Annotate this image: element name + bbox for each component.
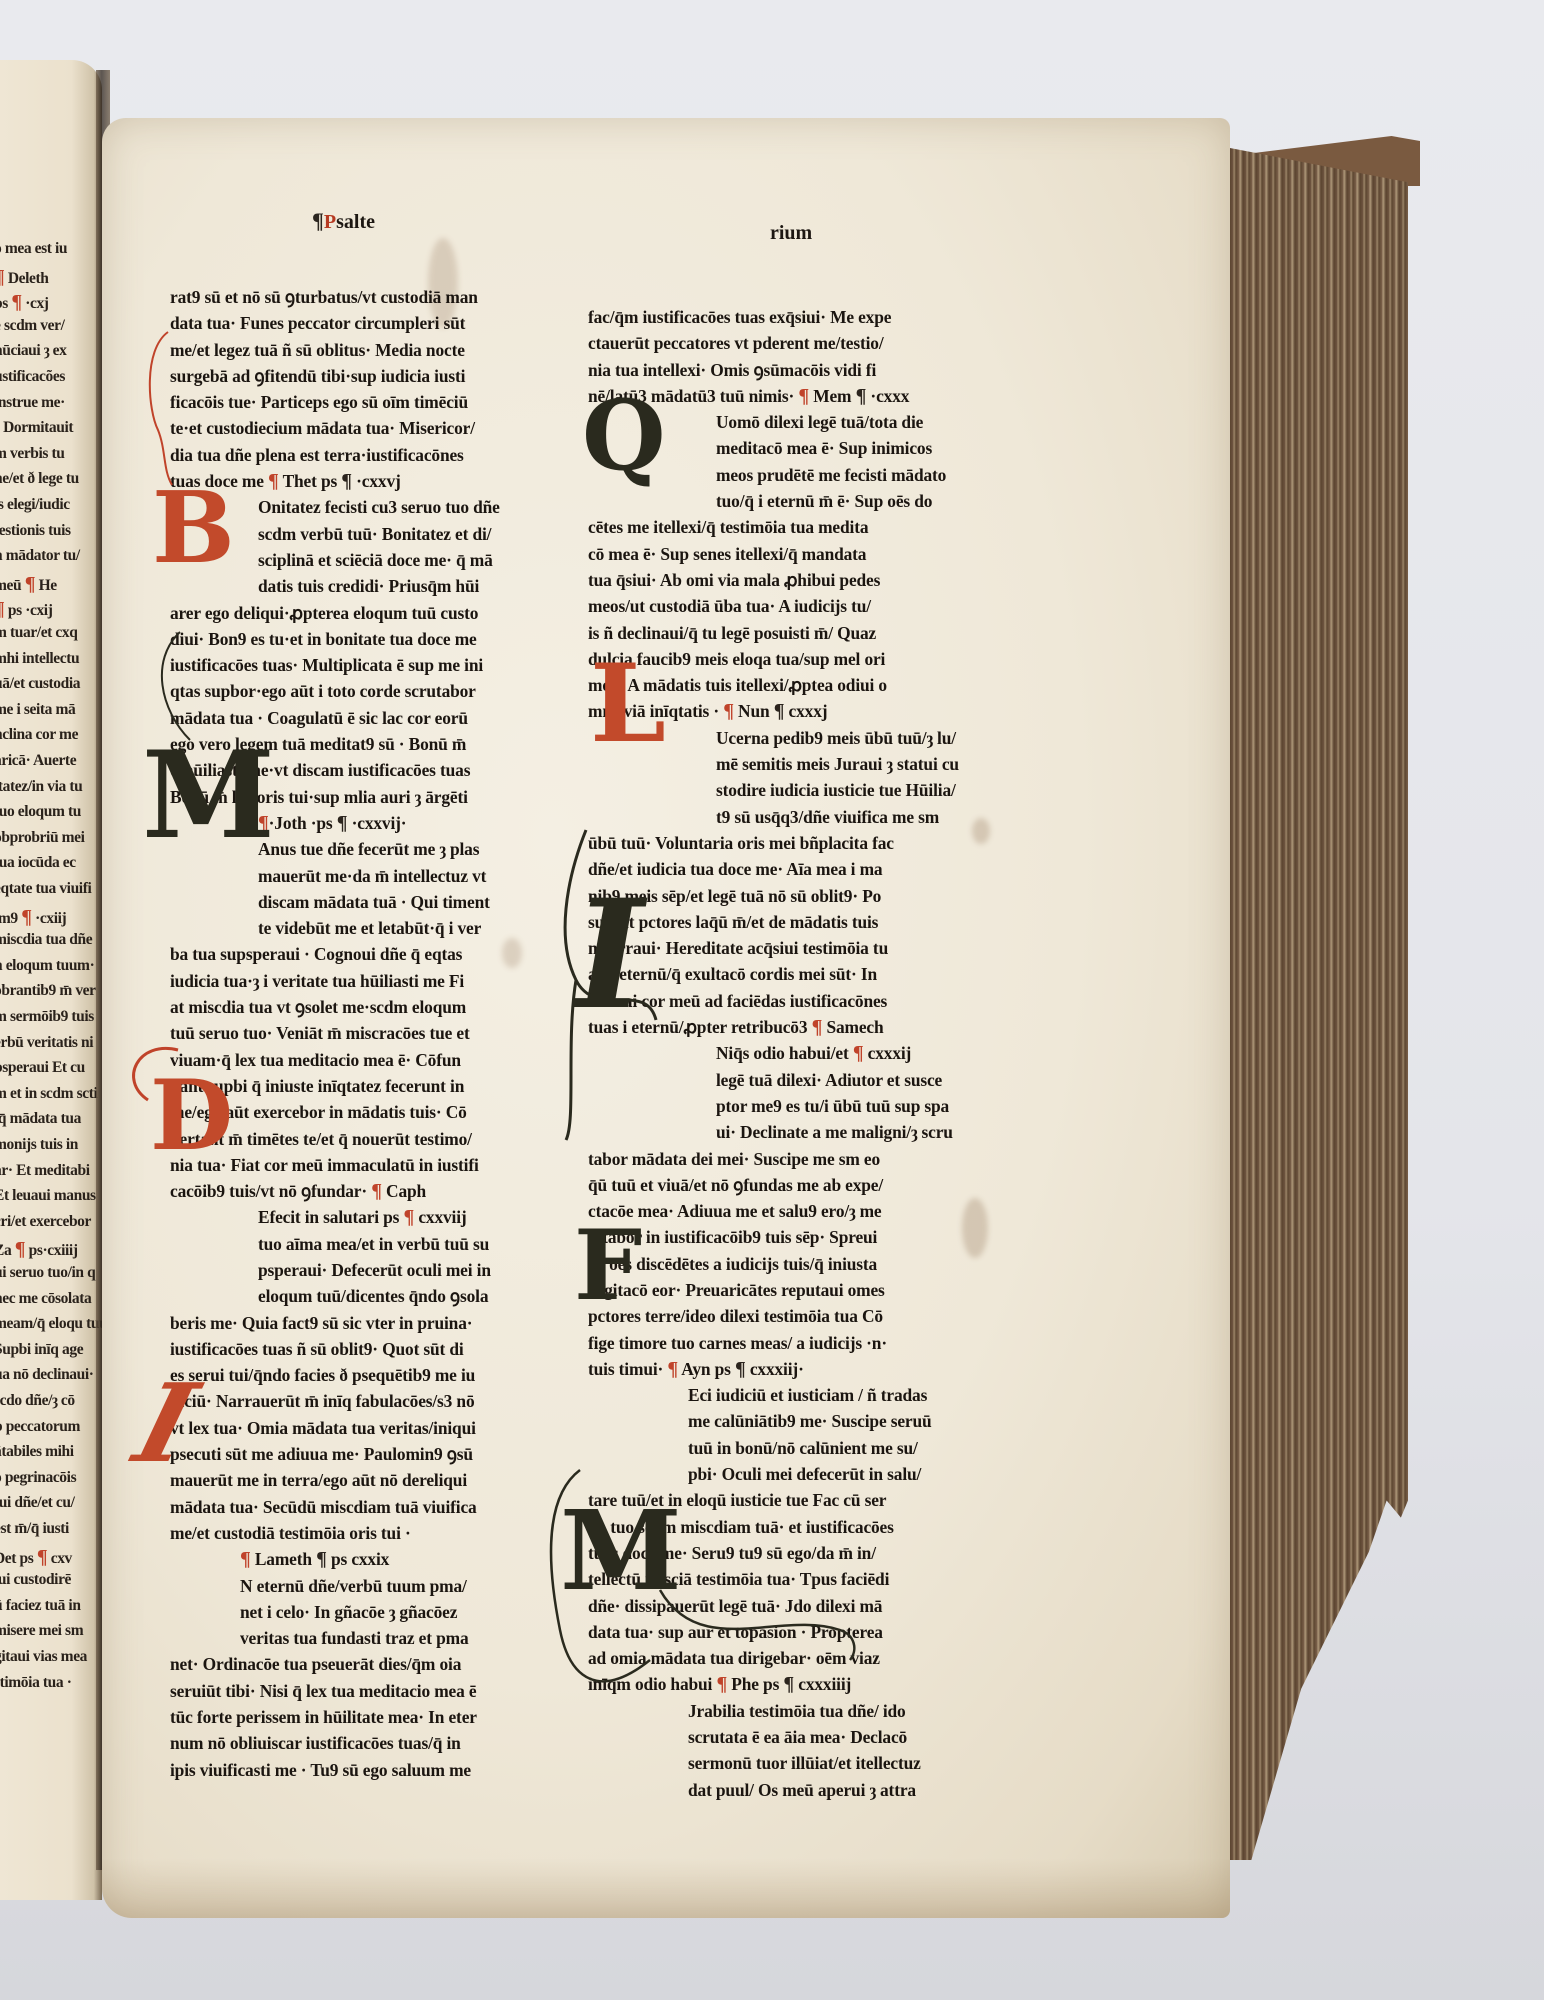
text-line: at miscdia tua vt ꝯsolet me·scdm eloqum [170, 994, 510, 1020]
left-page-text-line: o mea est iu [0, 240, 102, 258]
left-page-text-line: ¶ Deleth [0, 266, 102, 289]
left-page-text-line: instrue me· [0, 394, 102, 412]
running-head-right: rium [770, 222, 812, 245]
text-line: tua q̄siui· Ab omi via mala ꝓhibui pedes [588, 567, 988, 593]
paraph-icon: ¶ [11, 291, 21, 313]
text-line: scrutata ē ea āia mea· Declacō [588, 1724, 988, 1750]
text-line: mauerūt me·da m̄ intellectuz vt [170, 863, 510, 889]
text-line: diciū· Narrauerūt m̄ inīq fabulacōes/s3 … [170, 1388, 510, 1414]
text-line: stodire iudicia iusticie tue Hūilia/ [588, 777, 988, 803]
left-page-text-line: est m̄/q̄ iusti [0, 1520, 102, 1538]
text-line: fige timore tuo carnes meas/ a iudicijs … [588, 1330, 988, 1356]
text-line: cogitacō eor· Preuaricātes reputaui omes [588, 1277, 988, 1303]
text-line: arer ego deliqui·ꝓpterea eloqum tuū cust… [170, 600, 510, 626]
text-line: diui· Bon9 es tu·et in bonitate tua doce… [170, 626, 510, 652]
text-line: pctores terre/ideo dilexi testimōia tua … [588, 1303, 988, 1329]
text-line: net· Ordinacōe tua pseuerāt dies/q̄m oia [170, 1651, 510, 1677]
left-page-text-line: mhi intellectu [0, 650, 102, 668]
paraph-icon: ¶ [774, 700, 785, 722]
text-line: te videbūt me et letabūt·q̄ i ver [170, 915, 510, 941]
text-line: dat puul/ Os meū aperui ȝ attra [588, 1777, 988, 1803]
text-line: tuo aīma mea/et in verbū tuū su [170, 1231, 510, 1257]
paraph-icon: ¶ [853, 1042, 864, 1064]
paraph-icon: ¶ [371, 1180, 382, 1202]
text-line: surgebā ad ꝯfitendū tibi·sup iudicia ius… [170, 363, 510, 389]
left-page-text-line: tuo eloqum tu [0, 803, 102, 821]
text-line: data tua· Funes peccator circumpleri sūt [170, 310, 510, 336]
text-line: tūc forte perissem in hūilitate mea· In … [170, 1704, 510, 1730]
running-head-right-text: rium [770, 222, 812, 244]
text-line: psperaui· Defecerūt oculi mei in [170, 1257, 510, 1283]
text-line: iudicia tua·ȝ i veritate tua hūiliasti m… [170, 968, 510, 994]
left-page-text-line: monijs tuis in [0, 1136, 102, 1154]
text-line: Jrabilia testimōia tua dñe/ ido [588, 1698, 988, 1724]
left-page-text-line: is elegi/iudic [0, 496, 102, 514]
paraph-icon: ¶ [667, 1358, 678, 1380]
text-line: ¶ Lameth ¶ ps cxxix [170, 1546, 510, 1572]
text-line: dia tua dñe plena est terra·iustificacōn… [170, 442, 510, 468]
text-line: veritas tua fundasti traz et pma [170, 1625, 510, 1651]
left-page-text-line: ua nō declinaui· [0, 1366, 102, 1384]
paraph-icon: ¶ [316, 1548, 327, 1570]
left-page-text-line: n eloqum tuum· [0, 957, 102, 975]
left-page-text-line: testionis tuis [0, 522, 102, 540]
paraph-icon: ¶ [15, 1238, 25, 1260]
text-line: num nō obliuiscar iustificacōes tuas/q̄ … [170, 1730, 510, 1756]
paraph-icon: ¶ [0, 598, 4, 620]
left-page-text-line: /q̄ mādata tua [0, 1110, 102, 1128]
text-line: seruiūt tibi· Nisi q̄ lex tua meditacio … [170, 1678, 510, 1704]
left-page-text-line: n mādator tu/ [0, 547, 102, 565]
text-line: ipis viuificasti me · Tu9 sū ego saluum … [170, 1757, 510, 1783]
initial-F-dark: F [574, 1218, 642, 1314]
paraph-icon: ¶ [337, 812, 348, 834]
text-line: tuo/q̄ i eternū m̄ ē· Sup oēs do [588, 488, 988, 514]
left-page-text-line: s Dormitauit [0, 419, 102, 437]
text-line: mādata tua· Secūdū miscdiam tuā viuifica [170, 1494, 510, 1520]
text-line: me/et custodiā testimōia oris tui · [170, 1520, 510, 1546]
left-page-text-line: meam/q̄ eloqu tuu [0, 1315, 102, 1333]
initial-Q-dark: Q [582, 388, 666, 484]
left-page-text-line: me i seita mā [0, 701, 102, 719]
left-page-text-line: Za ¶ ps·cxiiij [0, 1238, 102, 1261]
left-page-text-line: ne/et ð lege tu [0, 470, 102, 488]
left-page-text-line: ar· Et meditabi [0, 1162, 102, 1180]
left-page-text-line: cri/et exercebor [0, 1213, 102, 1231]
paraph-icon: ¶ [37, 1546, 47, 1568]
text-line: ditabor in iustificacōib9 tuis sēp· Spre… [588, 1224, 988, 1250]
left-page-text-line: lm9 ¶ ·cxiij [0, 906, 102, 929]
text-line: cētes me itellexi/q̄ testimōia tua medit… [588, 514, 988, 540]
left-page-text-line: nclina cor me [0, 726, 102, 744]
left-page-text-line: m et in scdm scti [0, 1085, 102, 1103]
text-line: Efecit in salutari ps ¶ cxxviij [170, 1204, 510, 1230]
paraph-icon: ¶ [404, 1206, 415, 1228]
paraph-icon: ¶ [312, 208, 324, 233]
text-line: te·et custodiecium mādata tua· Misericor… [170, 415, 510, 441]
left-page-text-line: Supbi inīq age [0, 1341, 102, 1359]
left-page-text-line: nūciaui ȝ ex [0, 342, 102, 360]
initial-flourish [138, 330, 178, 490]
text-line: ctauerūt peccatores vt pderent me/testio… [588, 330, 988, 356]
text-line: meos/ut custodiā ūba tua· A iudicijs tu/ [588, 593, 988, 619]
text-line: qtas supbor·ego aūt i toto corde scrutab… [170, 678, 510, 704]
left-page-text-line: ātabiles mihi [0, 1443, 102, 1461]
paraph-icon: ¶ [25, 573, 35, 595]
text-line: cacōib9 tuis/vt nō ꝯfundar· ¶ Caph [170, 1178, 510, 1204]
text-line: sermonū tuor illūiat/et itellectuz [588, 1750, 988, 1776]
left-page-text-line: obrantib9 m̄ ver [0, 982, 102, 1000]
running-head-left-text: salte [336, 211, 375, 233]
left-page-text-line: hec me cōsolata [0, 1290, 102, 1308]
left-page-text-line: m tuar/et cxq [0, 624, 102, 642]
left-page-text-line: p peccatorum [0, 1418, 102, 1436]
text-line: ba tua supsperaui · Cognoui dñe q̄ eqtas [170, 941, 510, 967]
left-page-text-line: psperaui Et cu [0, 1059, 102, 1077]
paraph-icon: ¶ [723, 700, 734, 722]
text-line: cō mea ē· Sup senes itellexi/q̄ mandata [588, 541, 988, 567]
left-page-text-line: Et leuaui manus [0, 1187, 102, 1205]
left-page-text-line: o pegrinacōis [0, 1469, 102, 1487]
text-line: ctacōe mea· Adiuua me et salu9 ero/ȝ me [588, 1198, 988, 1224]
paraph-icon: ¶ [0, 266, 4, 288]
left-page-text-line: ps ¶ ·cxj [0, 291, 102, 314]
left-page-text-line: Det ps ¶ cxv [0, 1546, 102, 1569]
initial-flourish [118, 1040, 198, 1110]
left-page-text-line: miscdia tua dñe [0, 931, 102, 949]
left-page-text-line: eqtate tua viuifi [0, 880, 102, 898]
left-page-text-line: scdo dñe/ȝ cō [0, 1392, 102, 1410]
left-page-text-line: aricā· Auerte [0, 752, 102, 770]
left-page-text-line: tui dñe/et cu/ [0, 1494, 102, 1512]
left-page-text-line: m verbis tu [0, 445, 102, 463]
left-page-text-line: meū ¶ He [0, 573, 102, 596]
text-line: me/et legez tuā ñ sū oblitus· Media noct… [170, 337, 510, 363]
initial-M-dark: M [142, 736, 275, 856]
left-page-text-line: ū faciez tuā in [0, 1597, 102, 1615]
left-page-text-line: misere mei sm [0, 1622, 102, 1640]
left-page-text-line: tua iocūda ec [0, 854, 102, 872]
initial-flourish [150, 630, 200, 750]
left-page-text-line: gitaui vias mea [0, 1648, 102, 1666]
paraph-icon: ¶ [21, 906, 31, 928]
text-line: iustificacōes tuas· Multiplicata ē sup m… [170, 652, 510, 678]
left-page-text-line: m sermōib9 tuis [0, 1008, 102, 1026]
text-line: Eci iudiciū et iusticiam / ñ tradas [588, 1382, 988, 1408]
paraph-icon: ¶ [341, 470, 352, 492]
left-page-text-line: iui custodirē [0, 1571, 102, 1589]
text-line: eloqum tuū/dicentes q̄ndo ꝯsola [170, 1283, 510, 1309]
left-page-text-line: itatez/in via tu [0, 778, 102, 796]
initial-L-red: L [590, 650, 666, 758]
text-line: sti oēs discēdētes a iudicijs tuis/q̄ in… [588, 1251, 988, 1277]
paraph-icon: ¶ [268, 470, 279, 492]
initial-flourish [556, 820, 666, 1150]
text-line: N eternū dñe/verbū tuum pma/ [170, 1573, 510, 1599]
paraph-icon: ¶ [798, 385, 809, 407]
text-line: rat9 sū et nō sū ꝯturbatus/vt custodiā m… [170, 284, 510, 310]
text-line: fac/q̄m iustificacōes tuas exq̄siui· Me … [588, 304, 988, 330]
left-page-fragment: o mea est iu¶ Delethps ¶ ·cxje scdm ver/… [0, 60, 102, 1900]
text-line: discam mādata tuā · Qui timent [170, 889, 510, 915]
left-page-text-line: e scdm ver/ [0, 317, 102, 335]
left-page-text-line: ustificacões [0, 368, 102, 386]
text-line: q̄ū tuū et viuā/et nō ꝯfundas me ab expe… [588, 1172, 988, 1198]
text-line: psecuti sūt me adiuua me· Paulomin9 ꝯsū [170, 1441, 510, 1467]
text-line: tuū in bonū/nō calūnient me su/ [588, 1435, 988, 1461]
text-line: iustificacōes tuas ñ sū oblit9· Quot sūt… [170, 1336, 510, 1362]
text-line: ficacōis tue· Particeps ego sū oīm timēc… [170, 389, 510, 415]
left-page-text-line: erbū veritatis ni [0, 1034, 102, 1052]
left-page-text-line: stimōia tua · [0, 1674, 102, 1692]
left-page-text-line: uā/et custodia [0, 675, 102, 693]
text-line: mauerūt me in terra/ego aūt nō dereliqui [170, 1467, 510, 1493]
left-page-text-line: obprobriū mei [0, 829, 102, 847]
left-page-text-line: ui seruo tuo/in q [0, 1264, 102, 1282]
running-head-red-initial: P [324, 211, 336, 233]
text-line: net i celo· In gñacōe ȝ gñacōez [170, 1599, 510, 1625]
text-line: beris me· Quia fact9 sū sic vter in prui… [170, 1310, 510, 1336]
text-line: es serui tui/q̄ndo facies ð psequētib9 m… [170, 1362, 510, 1388]
left-page-text-line: ¶ ps ·cxij [0, 598, 102, 621]
initial-flourish [540, 1460, 860, 1700]
text-line: tuū seruo tuo· Veniāt m̄ miscracōes tue … [170, 1020, 510, 1046]
text-line: vt lex tua· Omia mādata tua veritas/iniq… [170, 1415, 510, 1441]
paraph-icon: ¶ [812, 1016, 823, 1038]
paraph-icon: ¶ [735, 1358, 746, 1380]
paraph-icon: ¶ [240, 1548, 251, 1570]
running-head-left: ¶Psalte [312, 208, 375, 234]
text-line: tuis timui· ¶ Ayn ps ¶ cxxxiij· [588, 1356, 988, 1382]
paraph-icon: ¶ [856, 385, 867, 407]
initial-B-red: B [152, 480, 235, 578]
text-line: me calūniātib9 me· Suscipe seruū [588, 1408, 988, 1434]
